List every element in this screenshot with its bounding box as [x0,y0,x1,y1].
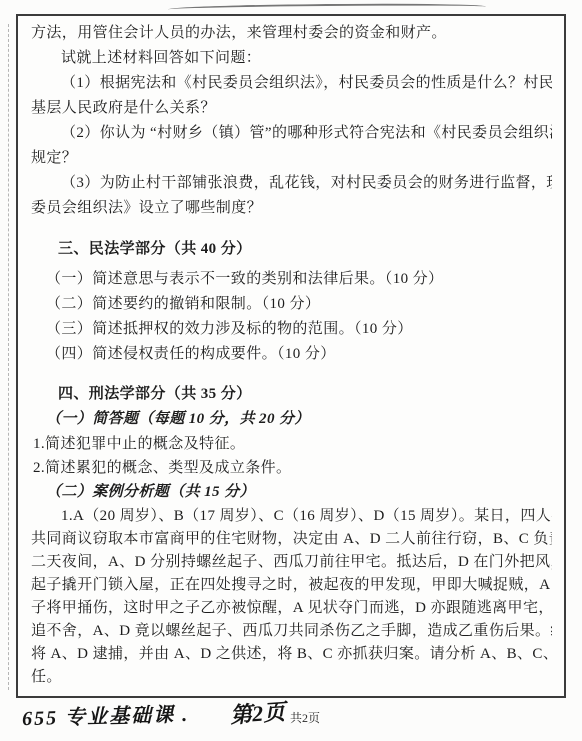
question-item: （四）简述侵权责任的构成要件。（10 分） [31,342,552,367]
text-line: 基层人民政府是什么关系？ [31,96,552,121]
question-item: （二）简述要约的撤销和限制。（10 分） [31,292,552,317]
case-text-line: 1.A（20 周岁）、B（17 周岁）、C（16 周岁）、D（15 周岁）。某日… [31,505,552,528]
case-text-line: 将 A、D 逮捕，并由 A、D 之供述，将 B、C 亦抓获归案。请分析 A、B、… [31,643,552,666]
case-text-line: 任。 [31,666,552,689]
text-line: 委员会组织法》设立了哪些制度？ [31,196,552,221]
section-heading-civil-law: 三、民法学部分（共 40 分） [31,237,552,262]
scan-artifact-top-line [168,3,486,14]
case-text-line: 追不舍，A、D 竟以螺丝起子、西瓜刀共同杀伤乙之手脚，造成乙重伤后果。经路人报警 [31,620,552,643]
text-line: （3）为防止村干部铺张浪费，乱花钱，对村民委员会的财务进行监督，现行《村民 [31,171,552,196]
spacer [31,221,552,237]
text-line: 试就上述材料回答如下问题： [31,46,552,71]
text-line: 方法，用管住会计人员的办法，来管理村委会的资金和财产。 [31,21,552,46]
scan-artifact-left-line [8,24,9,690]
footer-page-number-handwritten: 第2页 [229,695,286,730]
section-heading-criminal-law: 四、刑法学部分（共 35 分） [31,382,552,407]
text-line: （1）根据宪法和《村民委员会组织法》，村民委员会的性质是什么？村民委员会和 [31,71,552,96]
text-line: 规定？ [31,146,552,171]
case-text-line: 二天夜间，A、D 分别持螺丝起子、西瓜刀前往甲宅。抵达后，D 在门外把风，A 持… [31,551,552,574]
case-text-line: 子将甲捅伤，这时甲之子乙亦被惊醒，A 见状夺门而逃，D 亦跟随逃离甲宅，因乙在后… [31,597,552,620]
footer-course-code-handwritten: 655 专业基础课 . [22,698,190,731]
question-item: 2.简述累犯的概念、类型及成立条件。 [31,456,552,480]
footer-page-total-printed: 共2页 [290,709,320,726]
subsection-heading-short-answer: （一）简答题（每题 10 分，共 20 分） [31,407,552,432]
text-line: （2）你认为 “村财乡（镇）管”的哪种形式符合宪法和《村民委员会组织法》的 [31,121,552,146]
question-item: （一）简述意思与表示不一致的类别和法律后果。（10 分） [31,267,552,292]
question-item: 1.简述犯罪中止的概念及特征。 [31,432,552,456]
exam-paper-page: 方法，用管住会计人员的办法，来管理村委会的资金和财产。 试就上述材料回答如下问题… [0,0,582,741]
case-text-line: 共同商议窃取本市富商甲的住宅财物，决定由 A、D 二人前往行窃，B、C 负责销赃… [31,528,552,551]
spacer [31,367,552,382]
subsection-heading-case-analysis: （二）案例分析题（共 15 分） [31,480,552,505]
question-item: （三）简述抵押权的效力涉及标的物的范围。（10 分） [31,317,552,342]
case-text-line: 起子撬开门锁入屋，正在四处搜寻之时，被起夜的甲发现，甲即大喊捉贼，A 举起螺丝起 [31,574,552,597]
content-frame: 方法，用管住会计人员的办法，来管理村委会的资金和财产。 试就上述材料回答如下问题… [16,14,566,698]
